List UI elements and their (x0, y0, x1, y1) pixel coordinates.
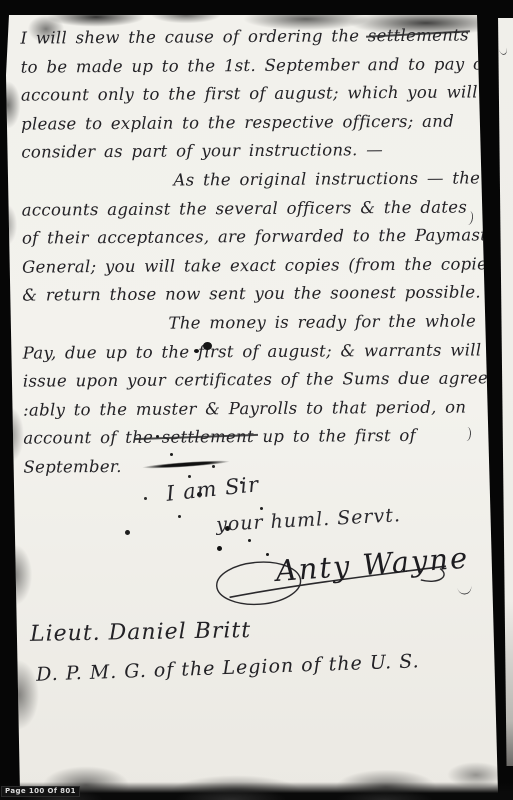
handwritten-line: issue upon your certificates of the Sums… (23, 365, 485, 397)
address-line: Lieut. Daniel Britt (30, 618, 251, 647)
frame-page-label: Page 100 Of 801 (1, 786, 80, 797)
handwritten-line: Pay, due up to the first of august; & wa… (23, 336, 485, 368)
handwritten-line: of their acceptances, are forwarded to t… (22, 222, 484, 254)
handwritten-line: The money is ready for the whole (22, 307, 484, 339)
handwritten-line: As the original instructions — the (21, 164, 483, 196)
microfilm-frame: I will shew the cause of ordering the se… (0, 0, 513, 800)
signature: Anty Wayne (216, 524, 481, 618)
letter-body: I will shew the cause of ordering the se… (20, 21, 485, 482)
letter-page: I will shew the cause of ordering the se… (6, 15, 498, 793)
handwritten-line: account of the settlement up to the firs… (23, 422, 485, 454)
handwritten-line: to be made up to the 1st. September and … (21, 50, 483, 82)
handwritten-line: accounts against the several officers & … (22, 193, 484, 225)
ink-blot (194, 349, 199, 353)
address-line: D. P. M. G. of the Legion of the U. S. (36, 650, 420, 685)
handwritten-line: consider as part of your instructions. — (21, 136, 483, 168)
ink-blot (203, 342, 212, 350)
adjacent-page-ink-mark (498, 43, 508, 56)
handwritten-line: General; you will take exact copies (fro… (22, 250, 484, 282)
handwritten-line: account only to the first of august; whi… (21, 79, 483, 111)
handwritten-line: & return those now sent you the soonest … (22, 279, 484, 311)
ink-spatter (156, 435, 159, 438)
handwritten-line: please to explain to the respective offi… (21, 107, 483, 139)
handwritten-line: :ably to the muster & Payrolls to that p… (23, 393, 485, 425)
handwritten-line: I will shew the cause of ordering the se… (20, 21, 482, 53)
adjacent-page-edge (496, 18, 513, 766)
